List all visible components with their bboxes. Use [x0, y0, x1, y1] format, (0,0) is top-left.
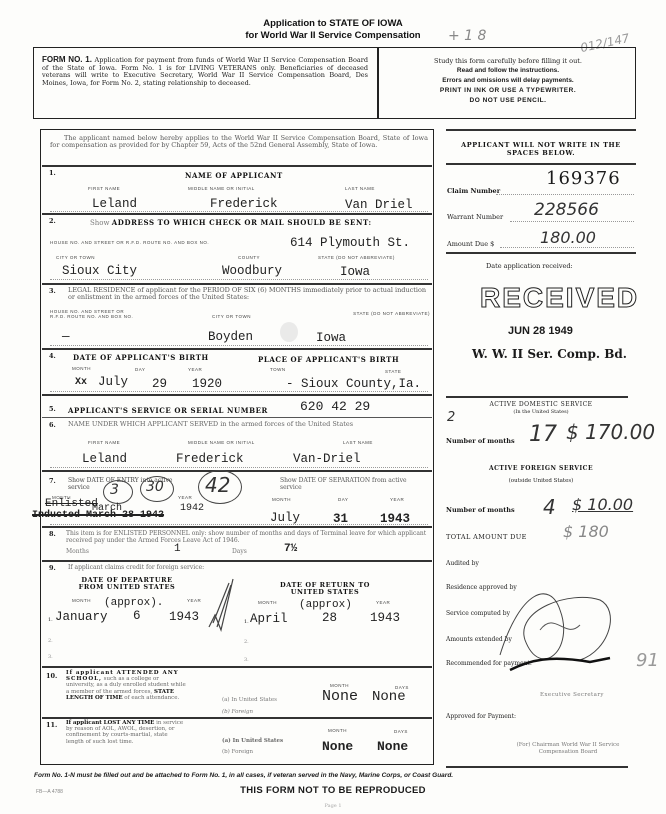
domestic-amount: $ 170.00 [566, 420, 655, 444]
form-title: Application to STATE OF IOWA [0, 18, 666, 29]
audited-by-label: Audited by [446, 560, 479, 567]
residence-state[interactable]: Iowa [316, 331, 346, 345]
margin-note: 91 [636, 650, 659, 671]
served-middle-label: MIDDLE NAME OR INITIAL [188, 440, 255, 445]
dep-row-1: 1. [48, 617, 53, 623]
claim-number: 169376 [546, 168, 621, 189]
return-month[interactable]: April [250, 612, 288, 626]
serial-number[interactable]: 620 42 29 [300, 399, 370, 414]
section-8-number: 8. [49, 530, 56, 538]
applicant-first-name[interactable]: Leland [92, 197, 137, 211]
received-date-stamp: JUN 28 1949 [508, 325, 573, 337]
received-stamp: RECEIVED [480, 282, 639, 314]
intro-text: FORM NO. 1. Application for payment from… [42, 56, 368, 87]
no-reproduce-warning: THIS FORM NOT TO BE REPRODUCED [0, 785, 666, 796]
departure-month[interactable]: January [55, 610, 108, 624]
amount-due: 180.00 [540, 228, 596, 247]
instruction-3: Errors and omissions will delay payments… [380, 76, 636, 86]
handwritten-signature [480, 570, 630, 690]
leave-days-label: Days [232, 548, 247, 555]
dep-row-2: 2. [48, 638, 53, 644]
birth-month[interactable]: July [98, 375, 128, 389]
separation-heading: Show DATE OF SEPARATION from active serv… [280, 477, 430, 491]
departure-day[interactable]: 6 [133, 609, 141, 623]
residence-city[interactable]: Boyden [208, 330, 253, 344]
section-9-number: 9. [49, 564, 56, 572]
section-2-title: ADDRESS TO WHICH CHECK OR MAIL SHOULD BE… [112, 218, 372, 227]
domestic-months-label: Number of months [446, 437, 515, 445]
form-subtitle: for World War II Service Compensation [0, 30, 666, 41]
foreign-amount: $ 10.00 [572, 495, 633, 514]
ret-row-1: 1. [244, 619, 249, 625]
handwritten-check-mark [205, 575, 235, 635]
board-stamp: W. W. II Ser. Comp. Bd. [472, 347, 627, 361]
foreign-heading: ACTIVE FOREIGN SERVICE [446, 465, 636, 472]
section-4-number: 4. [49, 352, 56, 360]
section-5-number: 5. [49, 405, 56, 413]
birth-place-heading: PLACE OF APPLICANT'S BIRTH [258, 355, 399, 364]
amount-due-label: Amount Due $ [447, 240, 494, 248]
terminal-leave-text: This item is for ENLISTED PERSONNEL only… [66, 530, 428, 544]
applicant-last-name[interactable]: Van Driel [345, 198, 413, 212]
sep-day-label: DAY [338, 497, 348, 502]
birth-day-label: DAY [135, 367, 145, 372]
circled-year-value: 42 [205, 473, 230, 497]
date-received-label: Date application received: [486, 262, 573, 270]
departure-year[interactable]: 1943 [169, 610, 199, 624]
preamble: The applicant named below hereby applies… [50, 135, 428, 149]
birth-state-label: STATE [385, 369, 401, 374]
foreign-months: 4 [543, 495, 556, 519]
instruction-4: PRINT IN INK OR USE A TYPEWRITER. [380, 86, 636, 96]
ret-year-label: YEAR [376, 600, 390, 605]
dep-year-label: YEAR [187, 598, 201, 603]
warrant-number-label: Warrant Number [447, 213, 503, 221]
birth-year[interactable]: 1920 [192, 377, 222, 391]
lost-month-label: MONTH [328, 728, 347, 733]
sep-year-label: YEAR [390, 497, 404, 502]
chairman-label: (For) Chairman World War II Service Comp… [500, 742, 636, 756]
lost-foreign-label: (b) Foreign [222, 749, 253, 755]
entry-year-label: YEAR [178, 495, 192, 500]
ink-smudge [280, 322, 298, 342]
section-7-number: 7. [49, 477, 56, 485]
served-middle-name[interactable]: Frederick [176, 452, 244, 466]
instruction-2: Read and follow the instructions. [380, 66, 636, 76]
served-first-label: FIRST NAME [88, 440, 120, 445]
applicant-middle-name[interactable]: Frederick [210, 197, 278, 211]
office-use-heading: APPLICANT WILL NOT WRITE IN THE SPACES B… [446, 141, 636, 157]
last-name-label: LAST NAME [345, 186, 375, 191]
foreign-months-label: Number of months [446, 506, 515, 514]
lost-months[interactable]: None [322, 739, 353, 754]
served-last-name[interactable]: Van-Driel [293, 452, 361, 466]
entry-inducted-struck: Inducted March 28 1942 [32, 510, 164, 521]
mailing-state[interactable]: Iowa [340, 265, 370, 279]
entry-year[interactable]: 1942 [180, 503, 204, 514]
ret-month-label: MONTH [258, 600, 277, 605]
departure-note: (approx). [104, 597, 163, 609]
entry-type-enlisted[interactable]: Enlisted [45, 498, 98, 510]
middle-name-label: MIDDLE NAME OR INITIAL [188, 186, 255, 191]
departure-heading: DATE OF DEPARTURE FROM UNITED STATES [72, 577, 182, 590]
foreign-service-text: If applicant claims credit for foreign s… [68, 564, 204, 571]
dep-row-3: 3. [48, 654, 53, 660]
mailing-street[interactable]: 614 Plymouth St. [290, 236, 410, 250]
section-6-number: 6. [49, 421, 56, 429]
section-11-number: 11. [46, 721, 57, 729]
served-name-heading: NAME UNDER WHICH APPLICANT SERVED in the… [68, 421, 428, 428]
ret-row-3: 3. [244, 657, 249, 663]
claim-number-label: Claim Number [447, 187, 500, 195]
total-amount: $ 180 [563, 522, 609, 541]
residence-street-label: HOUSE NO. AND STREET OR R.F.D. ROUTE NO.… [50, 309, 140, 319]
school-foreign-label: (b) Foreign [222, 709, 253, 715]
school-text-tail: of each attendance. [124, 695, 179, 701]
section-2-heading: Show ADDRESS TO WHICH CHECK OR MAIL SHOU… [90, 218, 372, 227]
domestic-months: 17 [529, 422, 557, 447]
school-months[interactable]: None [322, 688, 358, 705]
residence-city-label: CITY OR TOWN [212, 314, 251, 319]
return-note: (approx) [299, 599, 352, 611]
section-2-prefix: Show [90, 219, 110, 227]
city-label: CITY OR TOWN [56, 255, 95, 260]
birth-place[interactable]: - Sioux County,Ia. [286, 377, 421, 391]
dep-month-label: MONTH [72, 598, 91, 603]
birth-month-label: MONTH [72, 366, 91, 371]
street-label: HOUSE NO. AND STREET OR R.F.D. ROUTE NO.… [50, 240, 209, 245]
handwritten-note-top: + 1 8 [448, 28, 486, 44]
approved-label: Approved for Payment: [446, 713, 516, 720]
leave-months[interactable]: 1 [174, 543, 181, 555]
leave-days[interactable]: 7½ [284, 543, 297, 555]
residence-street[interactable]: — [62, 330, 70, 344]
separation-month[interactable]: July [270, 511, 300, 525]
ret-row-2: 2. [244, 639, 249, 645]
domestic-subheading: (In the United States) [446, 409, 636, 415]
section-1-number: 1. [49, 169, 56, 177]
section-10-number: 10. [46, 672, 57, 680]
circled-day-value: 30 [146, 479, 164, 495]
county-label: COUNTY [238, 255, 260, 260]
instruction-5: DO NOT USE PENCIL. [380, 96, 636, 106]
served-last-label: LAST NAME [343, 440, 373, 445]
instruction-1: Study this form carefully before filling… [380, 56, 636, 66]
return-year[interactable]: 1943 [370, 611, 400, 625]
page-number: Page 1 [0, 803, 666, 809]
section-1-heading: NAME OF APPLICANT [185, 171, 283, 180]
domestic-heading: ACTIVE DOMESTIC SERVICE [446, 401, 636, 408]
birth-strikeout: Xx [75, 377, 87, 388]
exec-secretary-label: Executive Secretary [540, 692, 604, 698]
return-day[interactable]: 28 [322, 611, 337, 625]
instructions: Study this form carefully before filling… [380, 56, 636, 106]
birth-year-label: YEAR [188, 367, 202, 372]
birth-day[interactable]: 29 [152, 377, 167, 391]
lost-time-bold: If applicant LOST ANY TIME [66, 720, 154, 726]
mailing-county[interactable]: Woodbury [222, 264, 282, 278]
foreign-subheading: (outside United States) [446, 478, 636, 484]
lost-us-label: (a) In United States [222, 738, 283, 744]
warrant-number: 228566 [534, 200, 599, 220]
circled-month-value: 3 [110, 482, 119, 498]
leave-months-label: Months [66, 548, 89, 555]
birth-town-label: TOWN [270, 367, 286, 372]
state-label: STATE (DO NOT ABBREVIATE) [318, 255, 395, 260]
footer-note: Form No. 1-N must be filled out and be a… [34, 772, 654, 779]
school-days[interactable]: None [372, 689, 406, 705]
serial-number-heading: APPLICANT'S SERVICE OR SERIAL NUMBER [68, 406, 268, 415]
school-text: If applicant ATTENDED ANY SCHOOL, such a… [66, 670, 186, 701]
lost-time-text: If applicant LOST ANY TIME in service by… [66, 720, 186, 745]
first-name-label: FIRST NAME [88, 186, 120, 191]
residence-state-label: STATE (DO NOT ABBREVIATE) [340, 311, 430, 316]
domestic-note: 2 [447, 410, 455, 425]
served-first-name[interactable]: Leland [82, 452, 127, 466]
total-amount-label: TOTAL AMOUNT DUE [446, 533, 527, 541]
section-3-heading: LEGAL RESIDENCE of applicant for the PER… [68, 287, 428, 301]
mailing-city[interactable]: Sioux City [62, 264, 137, 278]
lost-days-label: DAYS [394, 729, 408, 734]
intro-divider [377, 47, 379, 119]
section-2-number: 2. [49, 217, 56, 225]
lost-days[interactable]: None [377, 739, 408, 754]
return-heading: DATE OF RETURN TO UNITED STATES [270, 582, 380, 595]
section-3-number: 3. [49, 287, 56, 295]
sep-month-label: MONTH [272, 497, 291, 502]
birth-date-heading: DATE OF APPLICANT'S BIRTH [73, 353, 209, 362]
school-us-label: (a) In United States [222, 697, 277, 703]
